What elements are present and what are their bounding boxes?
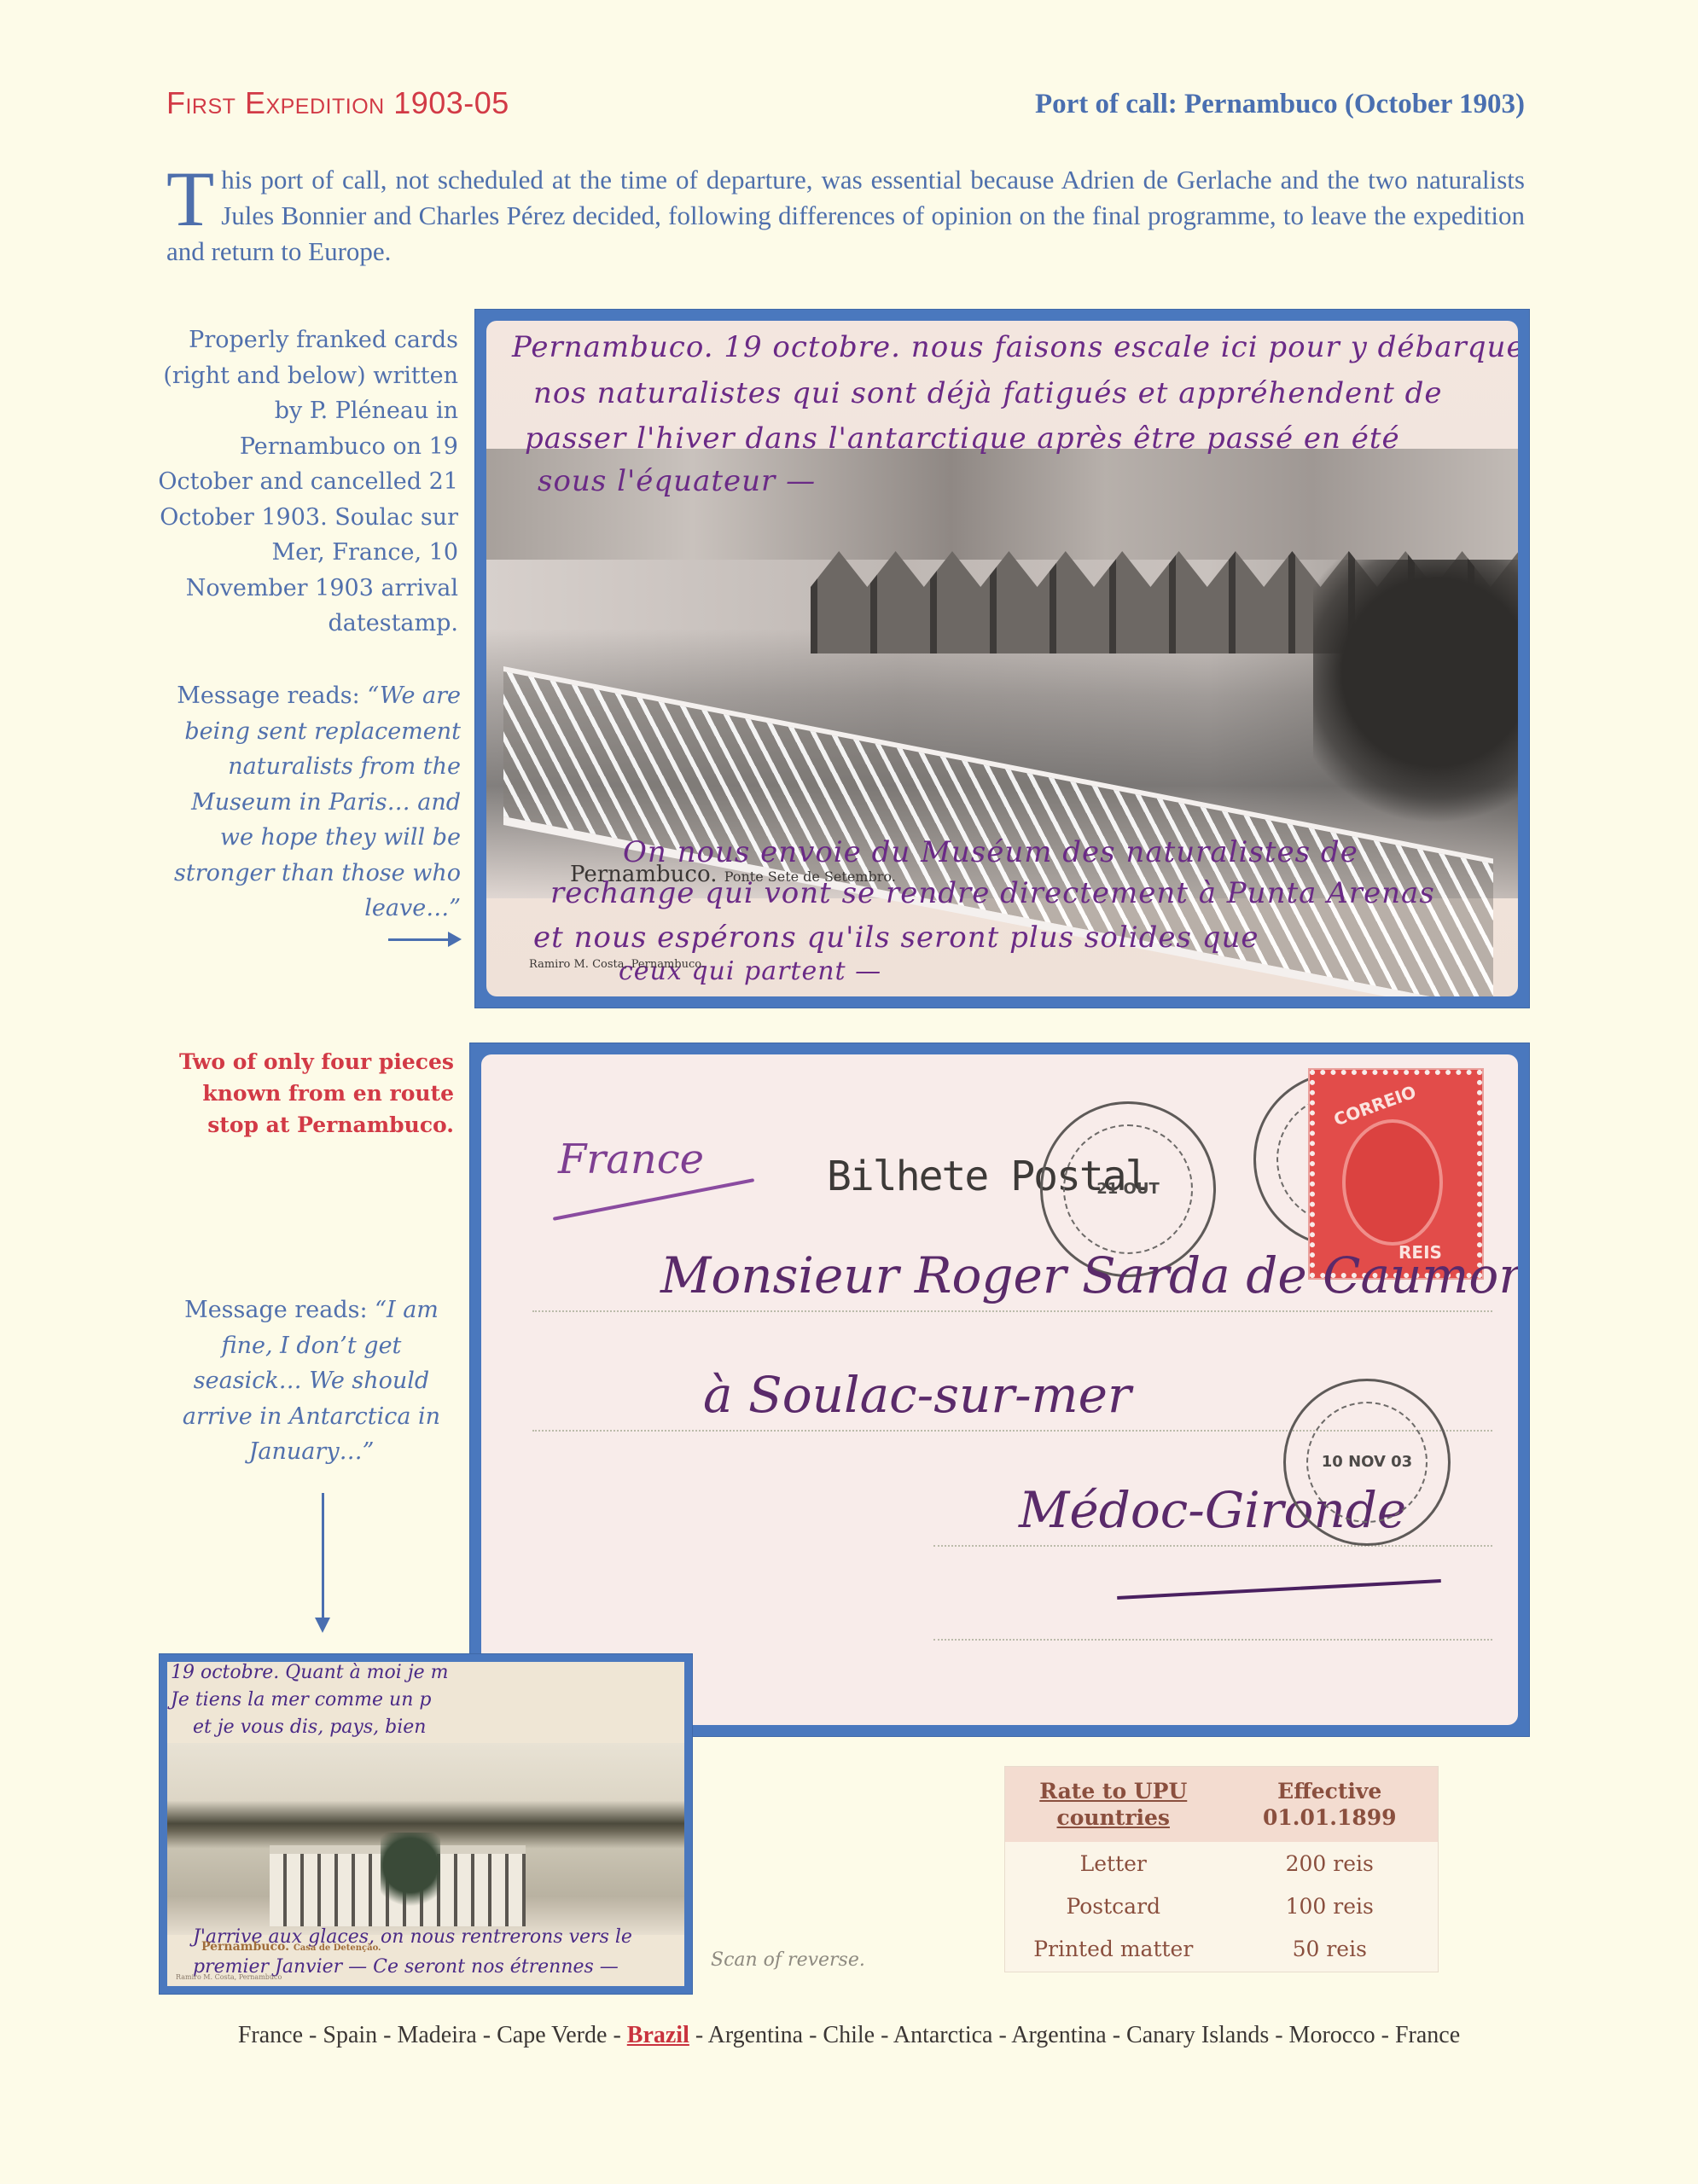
rate-item: Postcard: [1005, 1894, 1222, 1919]
printer-credit: Ramiro M. Costa, Pernambuco.: [529, 958, 705, 971]
rate-header-effective: Effective 01.01.1899: [1222, 1778, 1439, 1831]
arrival-postmark: 10 NOV 03: [1283, 1379, 1451, 1546]
itinerary-separator: -: [1375, 2022, 1395, 2048]
arrow-down-icon: [322, 1493, 324, 1621]
itinerary-separator: -: [303, 2022, 323, 2048]
itinerary-bar: France - Spain - Madeira - Cape Verde - …: [0, 2022, 1698, 2049]
address-line-1: Monsieur Roger Sarda de Caumont: [660, 1246, 1518, 1304]
stamp-portrait: [1342, 1119, 1443, 1246]
itinerary-separator: -: [1107, 2022, 1126, 2048]
arrow-right-icon: [388, 938, 458, 941]
itinerary-separator: -: [477, 2022, 497, 2048]
rate-value: 100 reis: [1222, 1894, 1439, 1919]
itinerary-stop: Madeira: [397, 2022, 476, 2048]
table-row: Printed matter 50 reis: [1005, 1927, 1438, 1970]
itinerary-stop: Antarctica: [893, 2022, 993, 2048]
rate-item: Letter: [1005, 1851, 1222, 1876]
reverse-printed-caption: Pernambuco. Casa de Detenção.: [201, 1940, 381, 1954]
itinerary-separator: -: [803, 2022, 823, 2048]
itinerary-separator: -: [689, 2022, 708, 2048]
photo-tree: [381, 1833, 440, 1926]
address-rule: [933, 1545, 1492, 1547]
intro-text: his port of call, not scheduled at the t…: [166, 165, 1525, 266]
page-title: Port of call: Pernambuco (October 1903): [1035, 89, 1525, 120]
itinerary-stop: France: [238, 2022, 303, 2048]
message-note-1-quote: “We are being sent replacement naturalis…: [174, 682, 461, 921]
arrival-postmark-date: 10 NOV 03: [1322, 1453, 1412, 1472]
itinerary-separator: -: [377, 2022, 397, 2048]
message-note-1: Message reads: “We are being sent replac…: [154, 678, 461, 926]
itinerary-stop: Morocco: [1289, 2022, 1375, 2048]
detention-house-photo: [167, 1743, 684, 1935]
reverse-card: 19 octobre. Quant à moi je m Je tiens la…: [167, 1662, 684, 1986]
reverse-handwriting-line: 19 octobre. Quant à moi je m: [171, 1662, 449, 1683]
intro-dropcap: T: [166, 166, 214, 232]
reverse-printed-title: Casa de Detenção.: [294, 1943, 381, 1953]
rate-table: Rate to UPU countries Effective 01.01.18…: [1004, 1766, 1439, 1972]
rate-table-header: Rate to UPU countries Effective 01.01.18…: [1005, 1767, 1438, 1842]
rate-header-category: Rate to UPU countries: [1005, 1778, 1222, 1831]
itinerary-separator: -: [1269, 2022, 1288, 2048]
itinerary-stop: Canary Islands: [1126, 2022, 1269, 2048]
itinerary-stop-current: Brazil: [627, 2022, 689, 2048]
address-line-2: à Soulac-sur-mer: [703, 1366, 1131, 1424]
franking-note: Properly franked cards (right and below)…: [154, 322, 458, 642]
destination-underline: [553, 1178, 754, 1221]
rate-value: 50 reis: [1222, 1937, 1439, 1961]
itinerary-stop: Spain: [323, 2022, 377, 2048]
reverse-printed-place: Pernambuco.: [201, 1940, 289, 1954]
itinerary-stop: Argentina: [708, 2022, 803, 2048]
message-note-2-prefix: Message reads:: [184, 1297, 375, 1323]
table-row: Postcard 100 reis: [1005, 1885, 1438, 1927]
itinerary-separator: -: [875, 2022, 893, 2048]
address-rule: [532, 1310, 1492, 1312]
destination-country: France: [558, 1136, 704, 1183]
handwriting-line: rechange qui vont se rendre directement …: [550, 874, 1435, 913]
rate-item: Printed matter: [1005, 1937, 1222, 1961]
itinerary-stop: Argentina: [1011, 2022, 1106, 2048]
scan-note: Scan of reverse.: [711, 1949, 865, 1971]
handwriting-line: sous l'équateur —: [538, 462, 816, 501]
rarity-note: Two of only four pieces known from en ro…: [154, 1046, 454, 1141]
handwriting-line: nos naturalistes qui sont déjà fatigués …: [533, 374, 1443, 413]
reverse-handwriting-line: et je vous dis, pays, bien: [193, 1716, 426, 1738]
bridge-photo: [486, 449, 1518, 898]
itinerary-stop: France: [1395, 2022, 1460, 2048]
itinerary-stop: Chile: [823, 2022, 875, 2048]
reverse-card-frame: 19 octobre. Quant à moi je m Je tiens la…: [159, 1653, 693, 1995]
itinerary-separator: -: [992, 2022, 1011, 2048]
handwriting-line: Pernambuco. 19 octobre. nous faisons esc…: [512, 328, 1518, 367]
itinerary-stop: Cape Verde: [497, 2022, 607, 2048]
photo-tree: [1313, 560, 1518, 841]
itinerary-separator: -: [607, 2022, 626, 2048]
handwriting-line: passer l'hiver dans l'antarctique après …: [525, 419, 1400, 458]
departure-postmark-date: 21 OUT: [1096, 1180, 1160, 1199]
postcard-front: Pernambuco. 19 octobre. nous faisons esc…: [486, 321, 1518, 996]
address-rule: [933, 1639, 1492, 1641]
rate-value: 200 reis: [1222, 1851, 1439, 1876]
postcard-front-frame: Pernambuco. 19 octobre. nous faisons esc…: [474, 309, 1530, 1008]
message-note-1-prefix: Message reads:: [177, 682, 367, 709]
address-underline: [1117, 1579, 1441, 1600]
reverse-handwriting-line: Je tiens la mer comme un p: [171, 1689, 431, 1711]
message-note-2: Message reads: “I am fine, I don’t get s…: [166, 1292, 456, 1470]
postcard-back-frame: France Bilhete Postal 21 OUT CORREIO REI…: [469, 1043, 1530, 1737]
table-row: Letter 200 reis: [1005, 1842, 1438, 1885]
intro-paragraph: This port of call, not scheduled at the …: [166, 162, 1525, 270]
postcard-back: France Bilhete Postal 21 OUT CORREIO REI…: [481, 1054, 1518, 1725]
reverse-printer-credit: Ramiro M. Costa, Pernambuco: [176, 1973, 282, 1981]
section-title: First Expedition 1903-05: [166, 85, 509, 121]
